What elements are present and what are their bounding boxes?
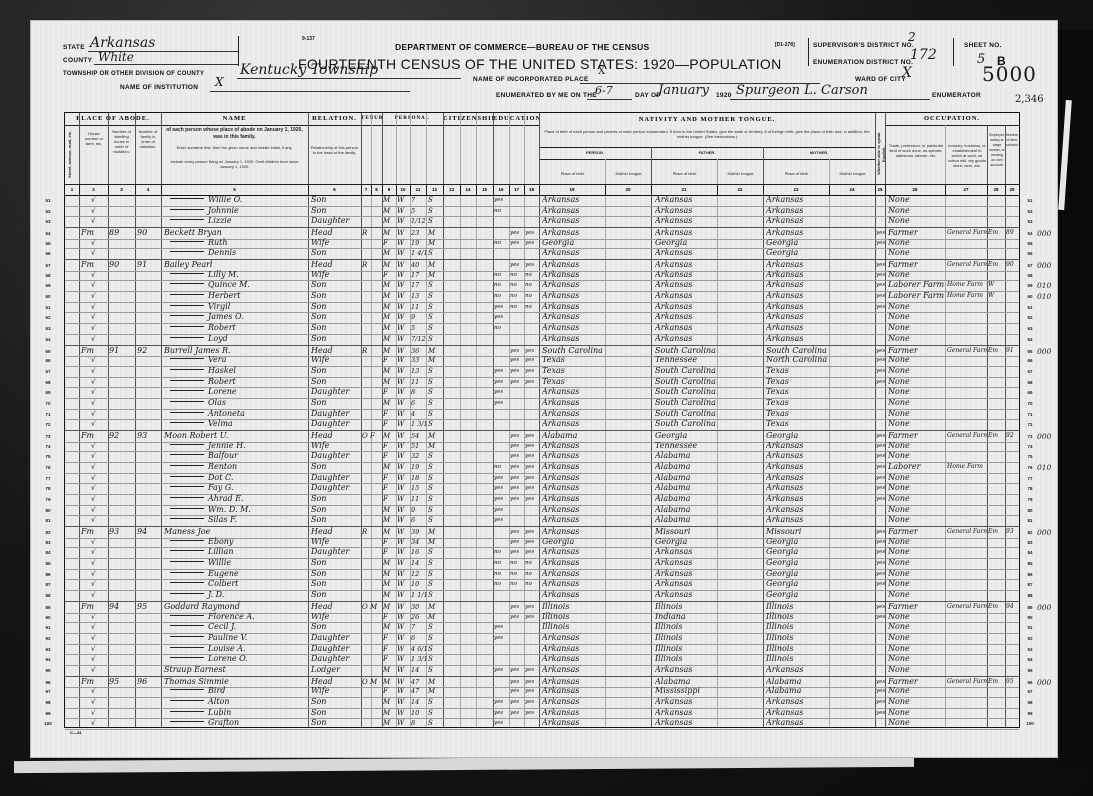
marital-cell: S	[428, 579, 443, 590]
sex-cell: F	[383, 409, 396, 420]
birth-cell: Arkansas	[542, 473, 604, 484]
industry-cell	[947, 387, 987, 398]
mother-birth-cell: Arkansas	[766, 280, 828, 291]
employer-cell	[988, 633, 1005, 644]
column-number: 19	[539, 185, 606, 195]
birth-cell: Texas	[542, 377, 604, 388]
race-cell: W	[397, 494, 410, 505]
sex-cell: F	[383, 686, 396, 697]
tenure-cell	[362, 654, 382, 665]
dwelling-cell	[109, 238, 134, 249]
sex-cell: M	[383, 505, 396, 516]
age-cell: 26	[411, 612, 427, 623]
line-number-left: 60	[41, 294, 55, 299]
read-cell: yes	[510, 483, 524, 494]
check-mark-icon: √	[91, 697, 101, 708]
column-number: 12	[426, 185, 444, 195]
occupation-cell: None	[888, 387, 945, 398]
read-cell	[510, 515, 524, 526]
sex-cell: M	[383, 398, 396, 409]
sex-cell: F	[383, 633, 396, 644]
same-surname-dash	[170, 657, 204, 658]
industry-cell	[947, 334, 987, 345]
industry-cell	[947, 494, 987, 505]
employer-cell	[988, 248, 1005, 259]
father-birth-cell: Tennessee	[655, 441, 717, 452]
form-bottom-code: C—24	[70, 730, 81, 735]
english-cell: yes	[876, 280, 886, 291]
given-name: James O.	[208, 312, 244, 321]
day-of-label: day of	[635, 92, 661, 99]
employer-cell	[988, 697, 1005, 708]
age-cell: 34	[411, 537, 427, 548]
write-cell: yes	[525, 612, 539, 623]
person-name-cell: Loyd	[164, 334, 313, 345]
occupation-cell: None	[888, 377, 945, 388]
line-number-left: 95	[41, 668, 55, 673]
person-mother-tongue-label: Mother tongue.	[607, 171, 651, 176]
write-cell	[525, 622, 539, 633]
abode-street-description: Street, avenue, road, etc.	[67, 129, 77, 179]
line-number-right: 93	[1023, 647, 1037, 652]
given-name: Alton	[208, 697, 230, 706]
person-name-cell: Vera	[164, 355, 313, 366]
margin-code: 000	[1037, 229, 1051, 238]
ward-extra-number: 5000	[982, 62, 1037, 86]
relation-cell: Daughter	[311, 654, 361, 665]
school-cell: no	[494, 462, 509, 473]
school-cell: yes	[494, 483, 509, 494]
check-mark-icon: √	[91, 334, 101, 345]
check-mark-icon: √	[91, 515, 101, 526]
line-number-left: 77	[41, 476, 55, 481]
tenure-cell	[362, 697, 382, 708]
dwelling-cell	[109, 547, 134, 558]
school-cell	[494, 248, 509, 259]
nativity-subdivider	[539, 159, 875, 160]
industry-cell	[947, 633, 987, 644]
race-cell: W	[397, 441, 410, 452]
tenure-cell	[362, 441, 382, 452]
father-birth-cell: South Carolina	[655, 387, 717, 398]
school-cell: yes	[494, 312, 509, 323]
race-cell: W	[397, 355, 410, 366]
tenure-cell	[362, 216, 382, 227]
check-mark-icon: √	[91, 633, 101, 644]
mother-birth-cell: Arkansas	[766, 270, 828, 281]
school-cell: yes	[494, 377, 509, 388]
father-birth-cell: Arkansas	[655, 569, 717, 580]
check-mark-icon: √	[91, 270, 101, 281]
mother-birth-cell: Arkansas	[766, 216, 828, 227]
institution-line	[210, 91, 410, 92]
family-cell	[137, 622, 161, 633]
birth-cell: Arkansas	[542, 409, 604, 420]
check-mark-icon: √	[91, 366, 101, 377]
marital-cell: S	[428, 387, 443, 398]
given-name: James R.	[195, 346, 231, 355]
write-cell: yes	[525, 377, 539, 388]
mother-birth-cell: Georgia	[766, 537, 828, 548]
tenure-cell	[362, 494, 382, 505]
dwelling-cell	[109, 377, 134, 388]
department-heading: DEPARTMENT OF COMMERCE—BUREAU OF THE CEN…	[395, 42, 650, 52]
birth-cell: Texas	[542, 355, 604, 366]
father-birth-cell: Arkansas	[655, 558, 717, 569]
same-surname-dash	[170, 508, 204, 509]
read-cell	[510, 387, 524, 398]
read-cell: yes	[510, 377, 524, 388]
race-cell: W	[397, 665, 410, 676]
birth-cell: Arkansas	[542, 398, 604, 409]
birth-cell: Arkansas	[542, 302, 604, 313]
write-cell	[525, 654, 539, 665]
english-cell	[876, 590, 886, 601]
write-cell: yes	[525, 462, 539, 473]
birth-cell: Arkansas	[542, 515, 604, 526]
school-cell: no	[494, 238, 509, 249]
person-name-cell: Fay G.	[164, 483, 313, 494]
marital-cell: S	[428, 515, 443, 526]
check-mark-icon: √	[91, 441, 101, 452]
dwelling-cell	[109, 419, 134, 430]
line-number-left: 92	[41, 636, 55, 641]
check-mark-icon: √	[91, 473, 101, 484]
dwelling-cell	[109, 366, 134, 377]
person-name-cell: Grafton	[164, 718, 313, 729]
line-number-right: 92	[1023, 636, 1037, 641]
line-number-left: 56	[41, 251, 55, 256]
sex-cell: F	[383, 355, 396, 366]
father-birth-cell: South Carolina	[655, 377, 717, 388]
race-cell: W	[397, 579, 410, 590]
age-cell: 4 6/12	[411, 644, 427, 655]
sex-cell: M	[383, 377, 396, 388]
farm-no-cell	[1006, 558, 1019, 569]
line-number-left: 87	[41, 582, 55, 587]
dwelling-cell	[109, 462, 134, 473]
line-number-right: 91	[1023, 625, 1037, 630]
industry-cell	[947, 515, 987, 526]
marital-cell: S	[428, 195, 443, 206]
column-number: 1	[65, 185, 80, 195]
sex-cell: F	[383, 483, 396, 494]
dwelling-cell	[109, 323, 134, 334]
father-birth-cell: South Carolina	[655, 409, 717, 420]
column-number: 16	[493, 185, 510, 195]
check-mark-icon: √	[91, 537, 101, 548]
tenure-cell	[362, 366, 382, 377]
check-mark-icon: √	[91, 248, 101, 259]
mother-label: MOTHER.	[765, 150, 873, 155]
line-number-right: 94	[1023, 657, 1037, 662]
mother-birth-cell: Arkansas	[766, 462, 828, 473]
person-name-cell: Velma	[164, 419, 313, 430]
relation-cell: Wife	[311, 686, 361, 697]
mother-birth-cell: Texas	[766, 398, 828, 409]
english-cell: yes	[876, 377, 886, 388]
same-surname-dash	[170, 444, 204, 445]
line-number-right: 86	[1023, 572, 1037, 577]
person-name-cell: Lorene	[164, 387, 313, 398]
given-name: Balfour	[208, 451, 238, 460]
marital-cell: S	[428, 451, 443, 462]
mother-birth-cell: Arkansas	[766, 451, 828, 462]
farm-no-cell	[1006, 473, 1019, 484]
mother-birth-cell: Arkansas	[766, 302, 828, 313]
farm-no-cell	[1006, 622, 1019, 633]
industry-cell	[947, 441, 987, 452]
mother-mother-tongue-label: Mother tongue.	[831, 171, 875, 176]
check-mark-icon: √	[91, 206, 101, 217]
tenure-cell	[362, 323, 382, 334]
farm-no-cell	[1006, 270, 1019, 281]
supervisor-district-label: Supervisor's District No.	[813, 42, 914, 49]
same-surname-dash	[170, 636, 204, 637]
given-name: Olas	[208, 398, 226, 407]
school-cell: no	[494, 291, 509, 302]
line-number-left: 76	[41, 465, 55, 470]
given-name: Lorene	[208, 387, 237, 396]
given-name: Quince M.	[208, 280, 250, 289]
column-number: 6	[308, 185, 362, 195]
family-cell	[137, 441, 161, 452]
sex-cell: M	[383, 216, 396, 227]
age-cell: 14	[411, 558, 427, 569]
marital-cell: S	[428, 558, 443, 569]
occupation-cell: None	[888, 483, 945, 494]
check-mark-icon: √	[91, 238, 101, 249]
write-cell: yes	[525, 483, 539, 494]
line-number-right: 74	[1023, 444, 1037, 449]
group-name: NAME	[161, 113, 309, 126]
race-cell: W	[397, 377, 410, 388]
farm-no-cell	[1006, 398, 1019, 409]
sex-cell: M	[383, 515, 396, 526]
relation-cell: Daughter	[311, 473, 361, 484]
race-cell: W	[397, 483, 410, 494]
family-cell	[137, 665, 161, 676]
race-cell: W	[397, 409, 410, 420]
dwelling-cell	[109, 473, 134, 484]
race-cell: W	[397, 387, 410, 398]
line-number-left: 57	[41, 263, 55, 268]
industry-cell	[947, 569, 987, 580]
birth-cell: Arkansas	[542, 644, 604, 655]
age-cell: 18	[411, 473, 427, 484]
relation-cell: Son	[311, 248, 361, 259]
age-cell: 16	[411, 547, 427, 558]
mother-birth-cell: Illinois	[766, 633, 828, 644]
line-number-right: 79	[1023, 497, 1037, 502]
age-cell: 7	[411, 622, 427, 633]
township-label: Township or other division of county	[63, 71, 204, 77]
birth-cell: Arkansas	[542, 697, 604, 708]
write-cell	[525, 387, 539, 398]
relation-cell: Wife	[311, 612, 361, 623]
line-number-left: 97	[41, 689, 55, 694]
read-cell	[510, 590, 524, 601]
column-number: 14	[460, 185, 477, 195]
read-cell	[510, 419, 524, 430]
marital-cell: S	[428, 708, 443, 719]
state-value: Arkansas	[90, 35, 155, 51]
same-surname-dash	[170, 273, 204, 274]
english-cell	[876, 398, 886, 409]
employer-cell	[988, 654, 1005, 665]
line-number-right: 80	[1023, 508, 1037, 513]
line-number-left: 64	[41, 337, 55, 342]
farm-no-cell	[1006, 302, 1019, 313]
given-name: Louise A.	[208, 644, 246, 653]
race-cell: W	[397, 612, 410, 623]
column-number: 4	[135, 185, 162, 195]
relation-cell: Son	[311, 206, 361, 217]
marital-cell: S	[428, 590, 443, 601]
margin-code: 000	[1037, 347, 1051, 356]
check-mark-icon: √	[91, 708, 101, 719]
person-name-cell: Herbert	[164, 291, 313, 302]
same-surname-dash	[170, 422, 204, 423]
write-cell	[525, 505, 539, 516]
school-cell: yes	[494, 622, 509, 633]
school-cell	[494, 451, 509, 462]
family-cell	[137, 238, 161, 249]
race-cell: W	[397, 505, 410, 516]
tenure-cell	[362, 665, 382, 676]
sex-cell: M	[383, 248, 396, 259]
occupation-cell: None	[888, 537, 945, 548]
tenure-cell	[362, 280, 382, 291]
family-cell	[137, 515, 161, 526]
farm-no-cell	[1006, 291, 1019, 302]
line-number-right: 57	[1023, 263, 1037, 268]
mother-birth-cell: Georgia	[766, 579, 828, 590]
read-cell: no	[510, 569, 524, 580]
person-name-cell: Antoneta	[164, 409, 313, 420]
family-cell	[137, 697, 161, 708]
read-cell	[510, 505, 524, 516]
farm-no-cell	[1006, 612, 1019, 623]
employer-cell	[988, 323, 1005, 334]
line-number-left: 72	[41, 422, 55, 427]
dwelling-cell	[109, 270, 134, 281]
write-cell: yes	[525, 697, 539, 708]
occupation-cell: None	[888, 590, 945, 601]
birth-cell: Arkansas	[542, 419, 604, 430]
race-cell: W	[397, 248, 410, 259]
read-cell	[510, 248, 524, 259]
enumerated-day: 6-7	[595, 84, 613, 97]
industry-cell	[947, 270, 987, 281]
farm-no-cell	[1006, 494, 1019, 505]
family-cell	[137, 419, 161, 430]
employer-cell	[988, 377, 1005, 388]
institution-value: X	[215, 75, 224, 89]
sex-cell: M	[383, 280, 396, 291]
given-name: Robert	[208, 377, 236, 386]
age-cell: 5	[411, 323, 427, 334]
occupation-cell: None	[888, 622, 945, 633]
given-name: Ruth	[208, 238, 228, 247]
father-mother-tongue-label: Mother tongue.	[719, 171, 763, 176]
employer-cell	[988, 579, 1005, 590]
name-column-instruction-1: Enter surname first, then the given name…	[163, 145, 306, 150]
tenure-cell	[362, 483, 382, 494]
marital-cell: S	[428, 665, 443, 676]
read-cell: no	[510, 579, 524, 590]
person-name-cell: Lillian	[164, 547, 313, 558]
line-number-right: 76	[1023, 465, 1037, 470]
father-birth-cell: Alabama	[655, 505, 717, 516]
industry-cell	[947, 248, 987, 259]
marital-cell: S	[428, 644, 443, 655]
read-cell	[510, 654, 524, 665]
age-cell: 10	[411, 579, 427, 590]
township-line	[237, 78, 461, 79]
nativity-heading: NATIVITY AND MOTHER TONGUE.	[639, 116, 776, 123]
dwelling-cell	[109, 387, 134, 398]
column-number: 3	[108, 185, 136, 195]
line-number-right: 53	[1023, 219, 1037, 224]
incorporated-place-value: X	[598, 66, 605, 77]
line-number-right: 88	[1023, 593, 1037, 598]
farm-no-cell	[1006, 547, 1019, 558]
father-place-of-birth-label: Place of birth.	[653, 171, 717, 176]
write-cell: yes	[525, 494, 539, 505]
marital-cell: S	[428, 398, 443, 409]
race-cell: W	[397, 366, 410, 377]
line-number-right: 70	[1023, 401, 1037, 406]
population-table: PLACE OF ABODE. NAME RELATION. TENURE. P…	[64, 112, 1020, 728]
farm-no-cell	[1006, 644, 1019, 655]
tenure-cell	[362, 238, 382, 249]
write-cell	[525, 718, 539, 729]
line-number-right: 65	[1023, 349, 1037, 354]
relation-cell: Wife	[311, 441, 361, 452]
line-number-right: 82	[1023, 530, 1037, 535]
family-cell	[137, 377, 161, 388]
enumeration-district-label: Enumeration District No.	[813, 59, 913, 66]
write-cell: no	[525, 569, 539, 580]
school-cell: yes	[494, 302, 509, 313]
occupation-trade-description: Trade, profession, or particular kind of…	[887, 143, 945, 158]
check-mark-icon: √	[91, 409, 101, 420]
person-name-cell: Alton	[164, 697, 313, 708]
same-surname-dash	[170, 219, 204, 220]
relation-cell: Daughter	[311, 419, 361, 430]
birth-cell: Arkansas	[542, 558, 604, 569]
age-cell: 6	[411, 398, 427, 409]
relation-cell: Son	[311, 708, 361, 719]
relation-cell: Son	[311, 569, 361, 580]
mother-birth-cell: Arkansas	[766, 697, 828, 708]
occupation-cell: None	[888, 697, 945, 708]
person-name-cell: Johnnie	[164, 206, 313, 217]
dwelling-cell	[109, 494, 134, 505]
father-birth-cell: Alabama	[655, 515, 717, 526]
tenure-cell	[362, 377, 382, 388]
line-number-left: 59	[41, 283, 55, 288]
english-cell: yes	[876, 302, 886, 313]
race-cell: W	[397, 419, 410, 430]
occupation-cell: None	[888, 708, 945, 719]
english-cell	[876, 334, 886, 345]
margin-code: 010	[1037, 292, 1051, 301]
relation-cell: Son	[311, 515, 361, 526]
dwelling-cell	[109, 505, 134, 516]
dwelling-cell	[109, 654, 134, 665]
